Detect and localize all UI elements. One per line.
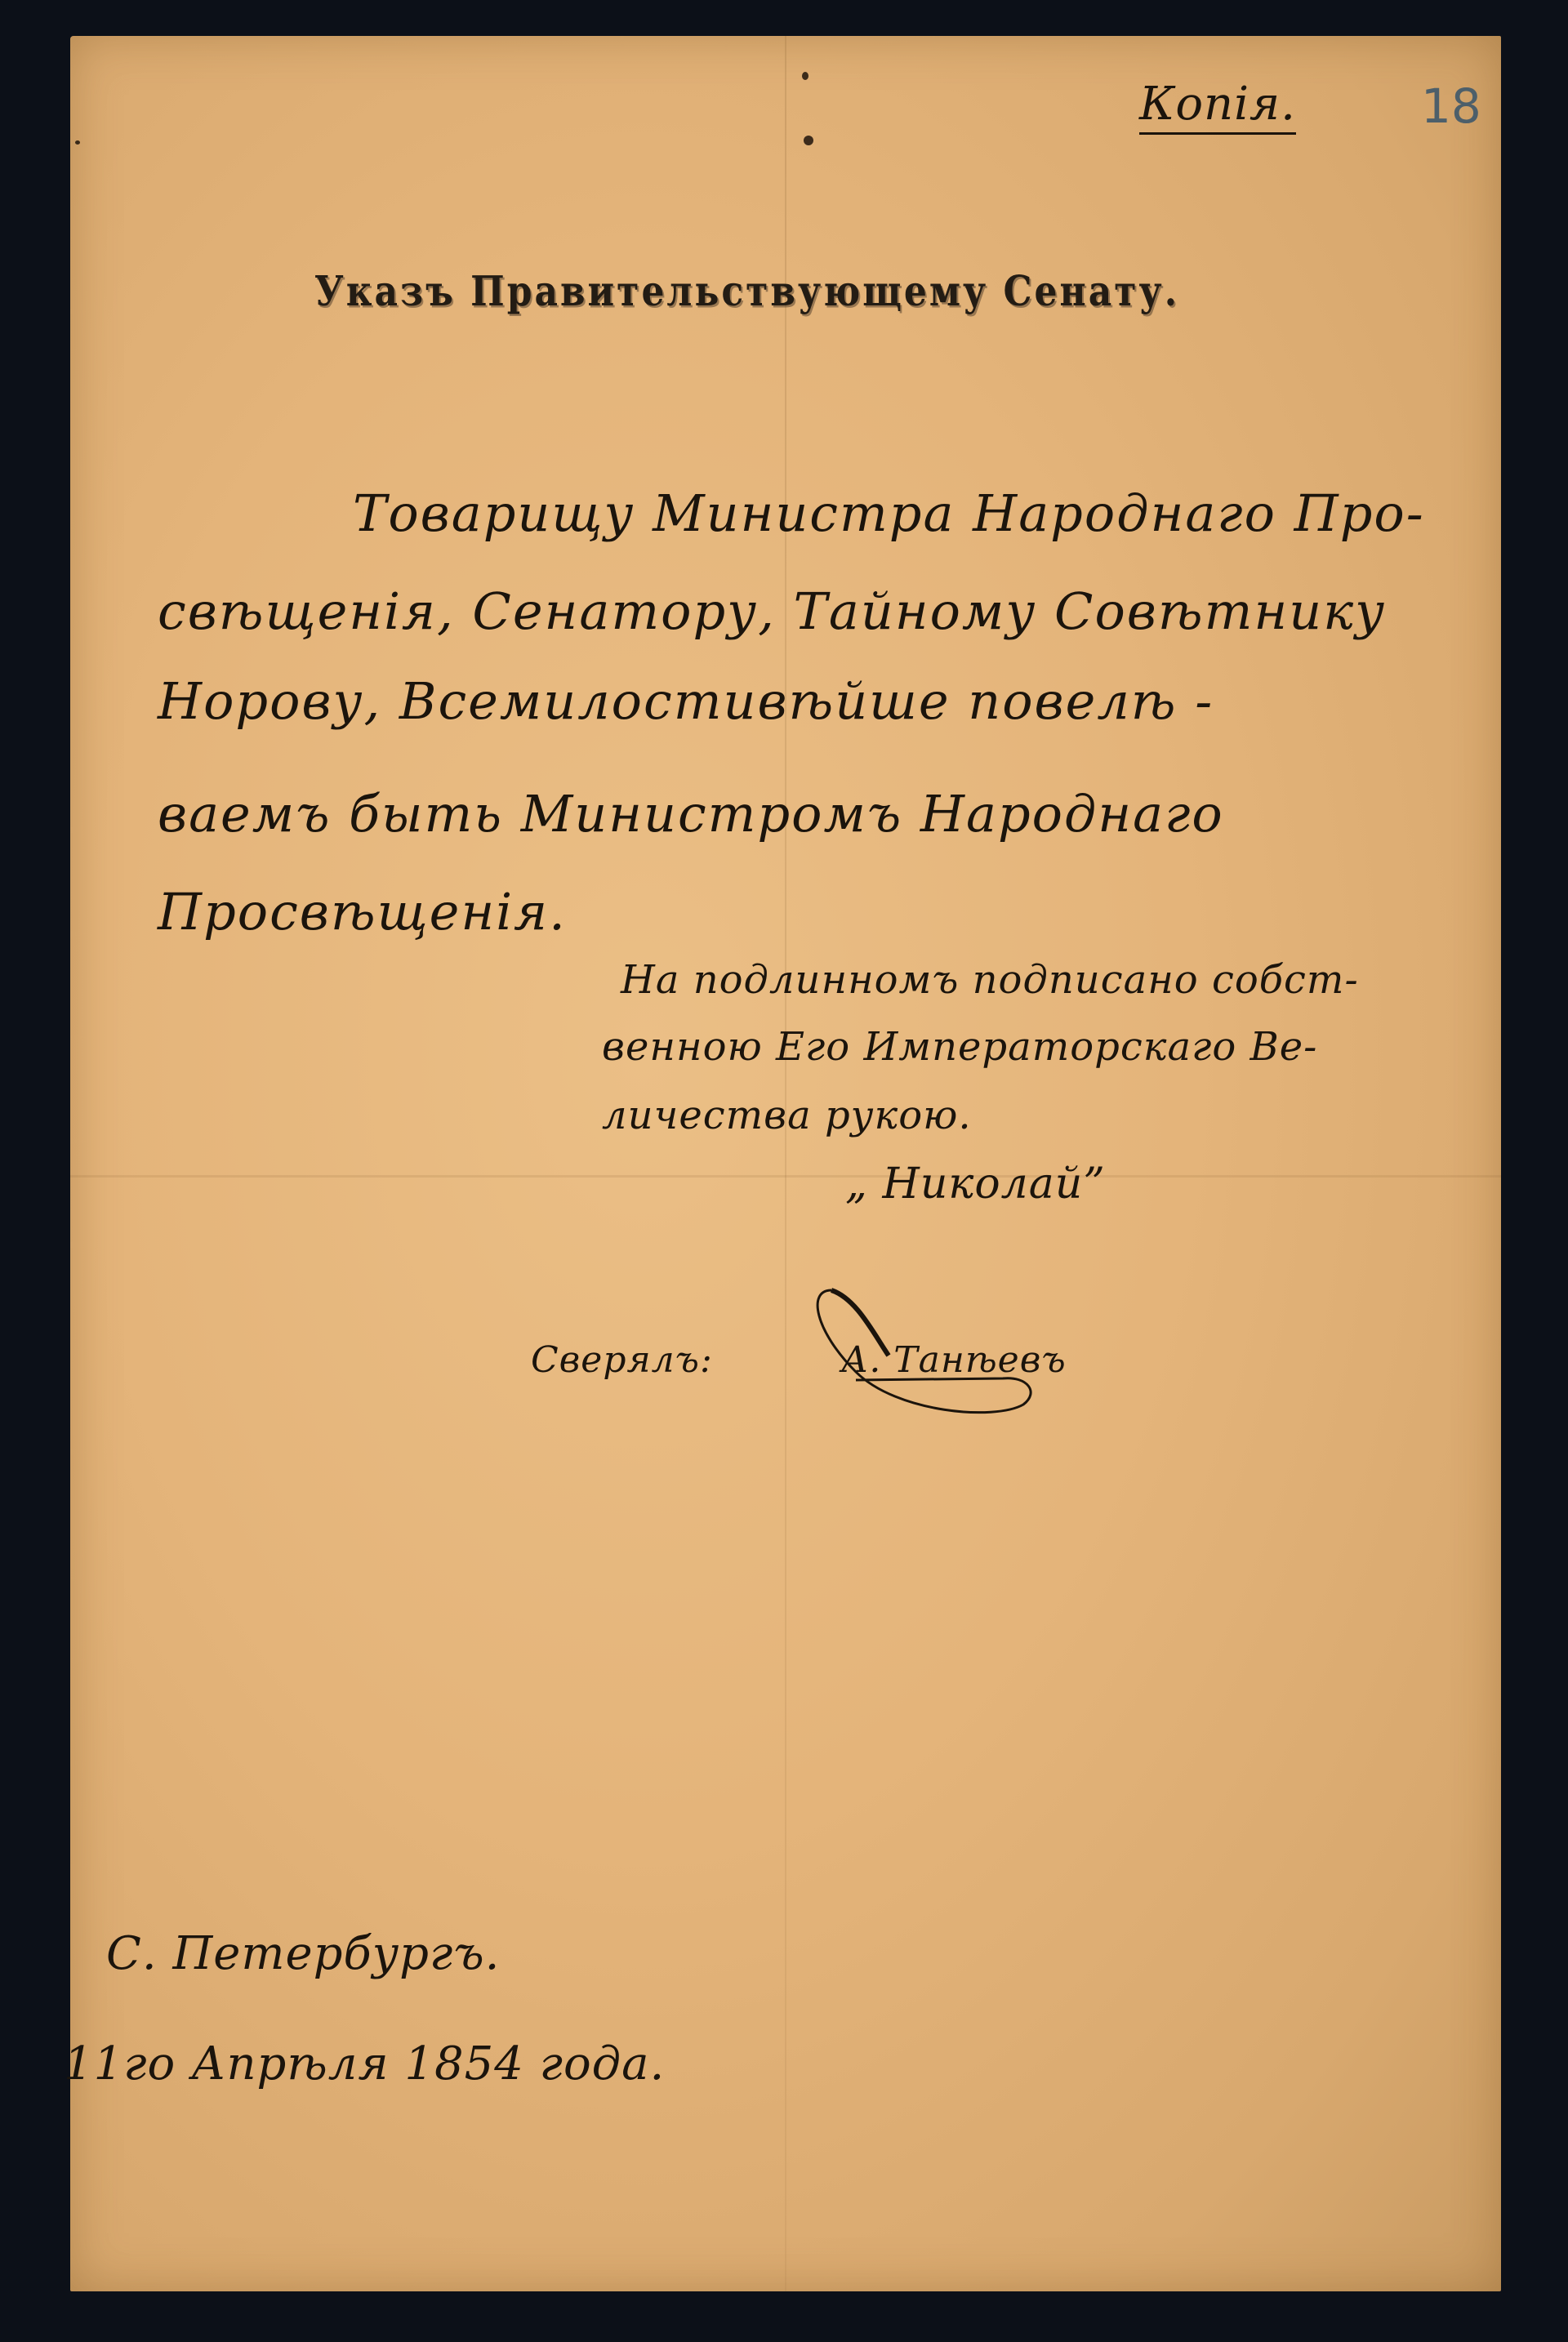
- place-of-issue: С. Петербургъ.: [106, 1927, 500, 1980]
- ink-blot: [804, 136, 813, 145]
- ink-blot: [802, 72, 808, 80]
- note-line-2: венною Его Императорскаго Ве-: [602, 1024, 1317, 1070]
- attestation-name: А. Танѣевъ: [841, 1339, 1067, 1381]
- attestation-label: Сверялъ:: [531, 1339, 713, 1381]
- body-line-2: свѣщенія, Сенатору, Тайному Совѣтнику: [158, 581, 1386, 641]
- body-line-3: Норову, Всемилостивѣйше повелѣ -: [158, 671, 1214, 731]
- body-line-1: Товарищу Министра Народнаго Про-: [353, 483, 1425, 543]
- note-line-3: личества рукою.: [602, 1093, 972, 1138]
- body-line-4: ваемъ быть Министромъ Народнаго: [158, 784, 1224, 844]
- note-line-1: На подлинномъ подписано собст-: [621, 957, 1359, 1003]
- page-number: 18: [1421, 78, 1481, 134]
- body-line-5: Просвѣщенія.: [158, 882, 567, 942]
- issue-date: 11го Апрѣля 1854 года.: [64, 2037, 665, 2090]
- ink-blot: [75, 140, 80, 145]
- emperor-signature: „ Николай”: [845, 1160, 1106, 1209]
- copy-label: Копія.: [1139, 78, 1296, 135]
- document-title: Указъ Правительствующему Сенату.: [314, 268, 1179, 316]
